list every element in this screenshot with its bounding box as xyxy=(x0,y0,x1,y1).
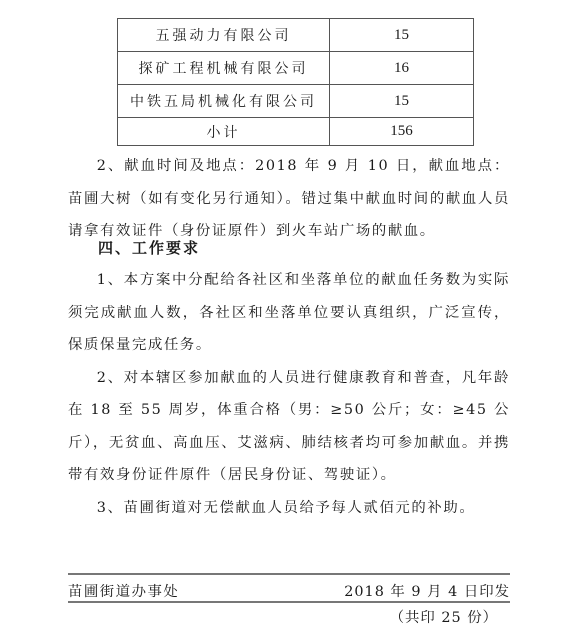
requirement-item: 2、对本辖区参加献血的人员进行健康教育和普查，凡年龄在 18 至 55 周岁，体… xyxy=(68,362,510,492)
unit-cell: 中铁五局机械化有限公司 xyxy=(118,85,330,118)
section-heading-work-requirements: 四、工作要求 xyxy=(68,237,200,258)
subtotal-value: 156 xyxy=(330,118,474,146)
footer-top-rule xyxy=(68,573,510,575)
table-row: 探矿工程机械有限公司 16 xyxy=(118,52,474,85)
unit-cell: 五强动力有限公司 xyxy=(118,19,330,52)
issue-date: 2018 年 9 月 4 日印发 xyxy=(344,580,510,601)
subtotal-label: 小计 xyxy=(118,118,330,146)
issuer-name: 苗圃街道办事处 xyxy=(68,580,179,601)
count-cell: 16 xyxy=(330,52,474,85)
print-copies: （共印 25 份） xyxy=(390,606,498,627)
count-cell: 15 xyxy=(330,85,474,118)
requirement-item: 3、苗圃街道对无偿献血人员给予每人贰佰元的补助。 xyxy=(68,492,510,525)
count-cell: 15 xyxy=(330,19,474,52)
unit-cell: 探矿工程机械有限公司 xyxy=(118,52,330,85)
paragraph-text: 2、献血时间及地点：2018 年 9 月 10 日，献血地点：苗圃大树（如有变化… xyxy=(68,150,510,248)
donation-time-place-paragraph: 2、献血时间及地点：2018 年 9 月 10 日，献血地点：苗圃大树（如有变化… xyxy=(68,150,510,248)
blood-donation-quota-table: 五强动力有限公司 15 探矿工程机械有限公司 16 中铁五局机械化有限公司 15… xyxy=(117,18,474,146)
table-row: 中铁五局机械化有限公司 15 xyxy=(118,85,474,118)
requirements-list: 1、本方案中分配给各社区和坐落单位的献血任务数为实际须完成献血人数，各社区和坐落… xyxy=(68,264,510,524)
subtotal-row: 小计 156 xyxy=(118,118,474,146)
requirement-item: 1、本方案中分配给各社区和坐落单位的献血任务数为实际须完成献血人数，各社区和坐落… xyxy=(68,264,510,362)
table-row: 五强动力有限公司 15 xyxy=(118,19,474,52)
footer-bottom-rule xyxy=(68,601,510,603)
